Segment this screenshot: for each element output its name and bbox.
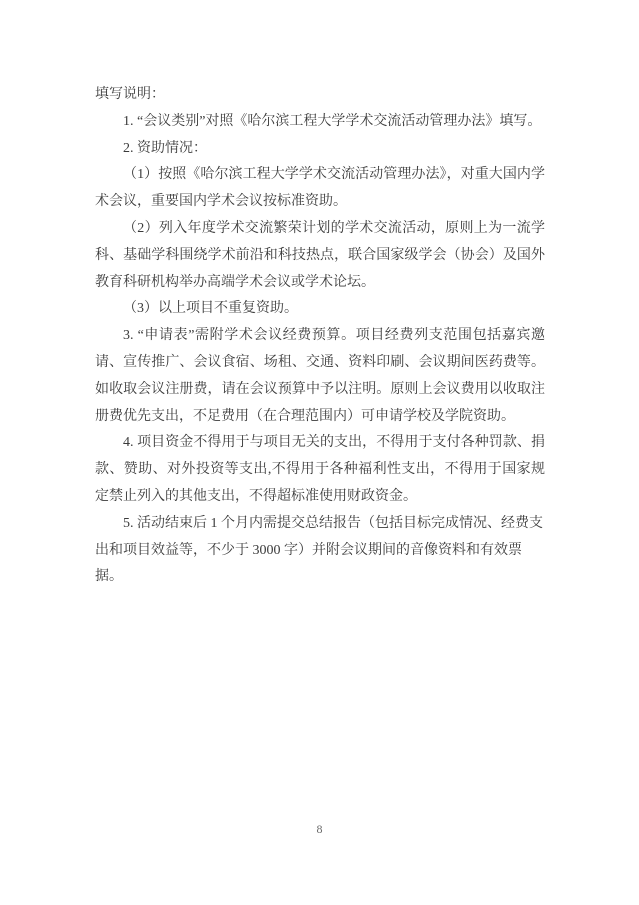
instruction-paragraph-4: 4. 项目资金不得用于与项目无关的支出，不得用于支付各种罚款、捐款、赞助、对外投… [95, 430, 545, 510]
instruction-paragraph-1: 1. “会议类别”对照《哈尔滨工程大学学术交流活动管理办法》填写。 [95, 109, 545, 136]
instruction-paragraph-2-1: （1）按照《哈尔滨工程大学学术交流活动管理办法》，对重大国内学术会议，重要国内学… [95, 162, 545, 216]
page-footer: 8 [0, 820, 639, 838]
document-page: 填写说明： 1. “会议类别”对照《哈尔滨工程大学学术交流活动管理办法》填写。 … [0, 0, 639, 905]
instruction-paragraph-2-2: （2）列入年度学术交流繁荣计划的学术交流活动，原则上为一流学科、基础学科围绕学术… [95, 216, 545, 296]
instruction-paragraph-2: 2. 资助情况： [95, 136, 545, 163]
document-body: 填写说明： 1. “会议类别”对照《哈尔滨工程大学学术交流活动管理办法》填写。 … [95, 82, 545, 591]
instruction-paragraph-3: 3. “申请表”需附学术会议经费预算。项目经费列支范围包括嘉宾邀请、宣传推广、会… [95, 323, 545, 430]
instruction-paragraph-2-3: （3）以上项目不重复资助。 [95, 296, 545, 323]
section-heading: 填写说明： [95, 82, 545, 109]
page-number: 8 [317, 822, 323, 836]
instruction-paragraph-5: 5. 活动结束后 1 个月内需提交总结报告（包括目标完成情况、经费支出和项目效益… [95, 511, 545, 591]
